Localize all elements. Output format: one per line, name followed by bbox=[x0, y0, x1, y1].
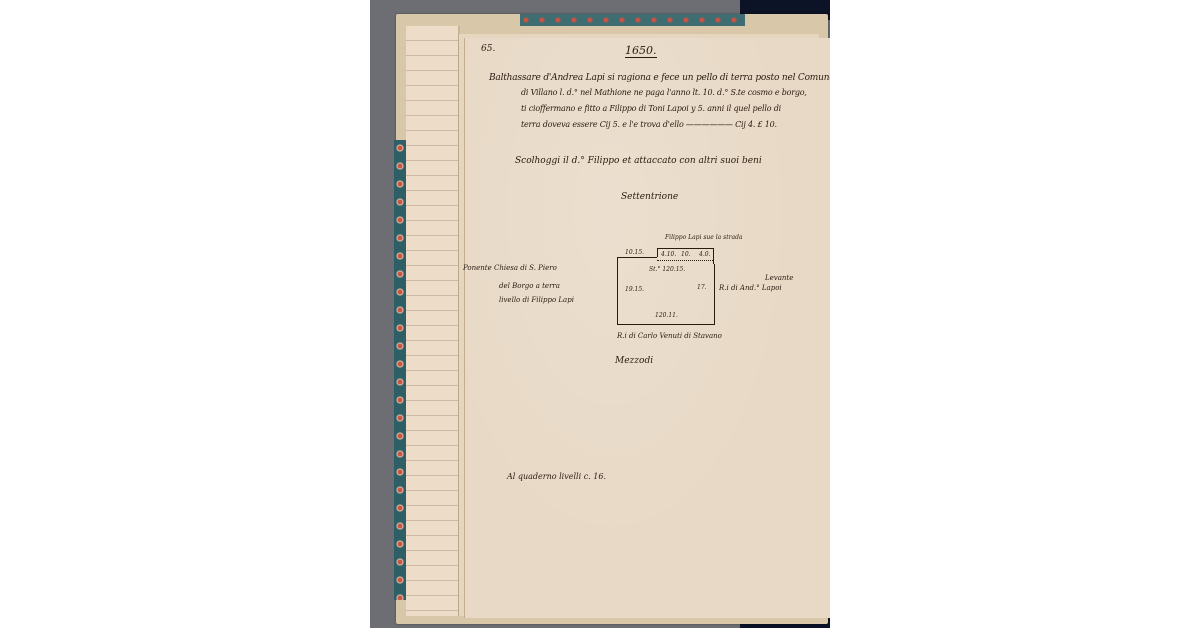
plan-border-step bbox=[657, 248, 658, 257]
measure-top-right-a: 4.10. bbox=[661, 251, 676, 258]
entry-line-1: Balthassare d'Andrea Lapi si ragiona e f… bbox=[489, 73, 830, 83]
compass-north: Settentrione bbox=[621, 192, 678, 202]
compass-south: Mezzodi bbox=[615, 356, 653, 366]
manuscript-page: 65. 1650. Balthassare d'Andrea Lapi si r… bbox=[464, 38, 830, 618]
east-label-2: R.i di And.° Lapoi bbox=[719, 284, 782, 292]
marbled-edge-left bbox=[394, 140, 406, 600]
folio-number: 65. bbox=[481, 44, 495, 54]
plan-top-label: Filippo Lapi sue la strada bbox=[665, 234, 743, 241]
plan-dotted-line bbox=[657, 260, 713, 261]
bleed-through-text bbox=[675, 378, 678, 387]
ruled-ledger-leaf bbox=[406, 26, 460, 616]
manuscript-scan: 65. 1650. Balthassare d'Andrea Lapi si r… bbox=[370, 0, 830, 628]
entry-line-4: terra doveva essere Cij 5. e l'e trova d… bbox=[521, 120, 777, 129]
south-label: R.i di Carlo Venuti di Stavano bbox=[617, 332, 722, 340]
entry-line-3: ti cioffermano e fitto a Filippo di Toni… bbox=[521, 104, 781, 113]
west-label-2: del Borgo a terra bbox=[499, 282, 560, 290]
entry-note: Scolhoggi il d.° Filippo et attaccato co… bbox=[515, 156, 762, 166]
entry-line-2: di Villano l. d.° nel Mathione ne paga l… bbox=[521, 88, 807, 97]
plan-border-top-left bbox=[617, 257, 657, 258]
measure-area: St.° 120.15. bbox=[649, 266, 685, 273]
measure-top-left: 10.15. bbox=[625, 249, 644, 256]
plan-border-top-right bbox=[657, 248, 713, 249]
marbled-edge-top bbox=[520, 14, 745, 26]
west-label-3: livello di Filippo Lapi bbox=[499, 296, 574, 304]
plan-border-right-top bbox=[713, 248, 714, 264]
measure-left: 19.15. bbox=[625, 286, 644, 293]
measure-top-right-b: 10. bbox=[681, 251, 691, 258]
footer-reference: Al quaderno livelli c. 16. bbox=[507, 472, 606, 481]
year-heading: 1650. bbox=[625, 44, 657, 58]
east-label-1: Levante bbox=[765, 274, 793, 282]
west-label-1: Ponente Chiesa di S. Piero bbox=[463, 264, 557, 272]
measure-right: 17. bbox=[697, 284, 707, 291]
measure-top-right-c: 4.0. bbox=[699, 251, 710, 258]
measure-bottom: 120.11. bbox=[655, 312, 678, 319]
